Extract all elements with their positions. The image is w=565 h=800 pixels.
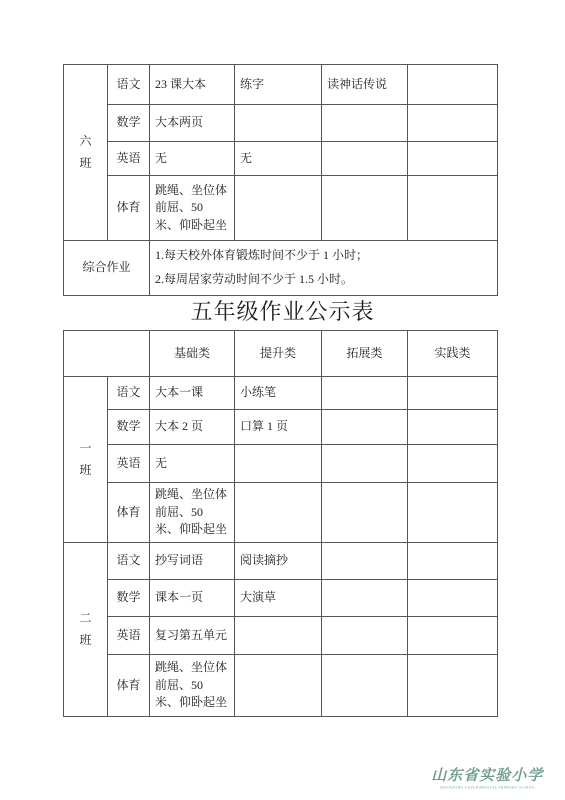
summary-line-2: 2.每周居家劳动时间不少于 1.5 小时。 (155, 270, 492, 289)
homework-cell (322, 445, 408, 483)
class-cell: 二班 (64, 543, 108, 717)
homework-cell (322, 142, 408, 176)
homework-cell (235, 176, 322, 241)
homework-cell (322, 655, 408, 717)
homework-cell (408, 377, 498, 410)
homework-cell (408, 543, 498, 580)
homework-cell: 读神话传说 (322, 65, 408, 105)
homework-cell: 练字 (235, 65, 322, 105)
subject-label: 语文 (108, 65, 150, 105)
subject-label: 英语 (108, 445, 150, 483)
summary-label: 综合作业 (64, 241, 150, 296)
subject-label: 体育 (108, 655, 150, 717)
homework-cell (235, 105, 322, 142)
table-row: 数学 课本一页 大演草 (64, 580, 498, 617)
homework-cell: 23 课大本 (150, 65, 235, 105)
subject-label: 体育 (108, 176, 150, 241)
homework-cell: 跳绳、坐位体前屈、50 米、仰卧起坐 (150, 655, 235, 717)
subject-label: 英语 (108, 617, 150, 655)
class-cell: 六班 (64, 65, 108, 241)
header-corner-cell (64, 331, 150, 377)
class-label: 六班 (79, 131, 92, 174)
homework-cell (235, 655, 322, 717)
subject-label: 数学 (108, 410, 150, 445)
table-row: 数学 大本两页 (64, 105, 498, 142)
grade6-homework-table: 六班 语文 23 课大本 练字 读神话传说 数学 大本两页 英语 无 无 (63, 64, 498, 296)
homework-cell: 无 (150, 142, 235, 176)
homework-cell: 大本 2 页 (150, 410, 235, 445)
class-label: 一班 (79, 438, 92, 481)
table-row: 六班 语文 23 课大本 练字 读神话传说 (64, 65, 498, 105)
table-row: 体育 跳绳、坐位体前屈、50 米、仰卧起坐 (64, 176, 498, 241)
column-header: 拓展类 (322, 331, 408, 377)
table-row: 体育 跳绳、坐位体前屈、50 米、仰卧起坐 (64, 655, 498, 717)
homework-cell (322, 377, 408, 410)
column-header: 实践类 (408, 331, 498, 377)
homework-cell (235, 445, 322, 483)
homework-cell (322, 176, 408, 241)
homework-cell (408, 410, 498, 445)
class-cell: 一班 (64, 377, 108, 543)
subject-label: 语文 (108, 543, 150, 580)
summary-cell: 1.每天校外体育锻炼时间不少于 1 小时； 2.每周居家劳动时间不少于 1.5 … (150, 241, 498, 296)
header-row: 基础类 提升类 拓展类 实践类 (64, 331, 498, 377)
homework-cell (322, 580, 408, 617)
summary-line-1: 1.每天校外体育锻炼时间不少于 1 小时； (155, 246, 492, 265)
homework-cell (322, 483, 408, 543)
homework-cell: 小练笔 (235, 377, 322, 410)
school-logo-text: 山东省实验小学 (417, 764, 558, 785)
table-row: 综合作业 1.每天校外体育锻炼时间不少于 1 小时； 2.每周居家劳动时间不少于… (64, 241, 498, 296)
homework-cell: 跳绳、坐位体前屈、50 米、仰卧起坐 (150, 176, 235, 241)
school-logo: 山东省实验小学 SHANDONG EXPERIMENTAL PRIMARY SC… (417, 764, 558, 792)
homework-cell: 无 (235, 142, 322, 176)
homework-cell: 大演草 (235, 580, 322, 617)
homework-cell (322, 617, 408, 655)
homework-cell (235, 483, 322, 543)
homework-cell (322, 105, 408, 142)
homework-cell (322, 543, 408, 580)
table-row: 英语 无 无 (64, 142, 498, 176)
table-row: 体育 跳绳、坐位体前屈、50 米、仰卧起坐 (64, 483, 498, 543)
homework-cell: 大本两页 (150, 105, 235, 142)
homework-cell (408, 483, 498, 543)
subject-label: 英语 (108, 142, 150, 176)
subject-label: 数学 (108, 105, 150, 142)
homework-cell (408, 617, 498, 655)
class-label: 二班 (79, 608, 92, 651)
subject-label: 数学 (108, 580, 150, 617)
homework-cell: 抄写词语 (150, 543, 235, 580)
table-row: 数学 大本 2 页 口算 1 页 (64, 410, 498, 445)
table-row: 英语 无 (64, 445, 498, 483)
subject-label: 体育 (108, 483, 150, 543)
homework-cell (408, 655, 498, 717)
column-header: 提升类 (235, 331, 322, 377)
homework-cell: 跳绳、坐位体前屈、50 米、仰卧起坐 (150, 483, 235, 543)
homework-cell (235, 617, 322, 655)
homework-cell: 复习第五单元 (150, 617, 235, 655)
homework-cell: 口算 1 页 (235, 410, 322, 445)
grade5-homework-table: 基础类 提升类 拓展类 实践类 一班 语文 大本一课 小练笔 数学 大本 2 页… (63, 330, 498, 717)
page-title: 五年级作业公示表 (0, 295, 565, 326)
homework-cell (408, 176, 498, 241)
table-row: 英语 复习第五单元 (64, 617, 498, 655)
homework-cell (408, 580, 498, 617)
homework-cell: 课本一页 (150, 580, 235, 617)
homework-cell (408, 142, 498, 176)
homework-cell: 阅读摘抄 (235, 543, 322, 580)
table-row: 一班 语文 大本一课 小练笔 (64, 377, 498, 410)
homework-cell (322, 410, 408, 445)
page: 六班 语文 23 课大本 练字 读神话传说 数学 大本两页 英语 无 无 (0, 0, 565, 800)
column-header: 基础类 (150, 331, 235, 377)
homework-cell (408, 105, 498, 142)
table-row: 二班 语文 抄写词语 阅读摘抄 (64, 543, 498, 580)
subject-label: 语文 (108, 377, 150, 410)
homework-cell: 大本一课 (150, 377, 235, 410)
school-logo-subtext: SHANDONG EXPERIMENTAL PRIMARY SCHOOL (439, 786, 535, 790)
homework-cell (408, 445, 498, 483)
homework-cell (408, 65, 498, 105)
homework-cell: 无 (150, 445, 235, 483)
